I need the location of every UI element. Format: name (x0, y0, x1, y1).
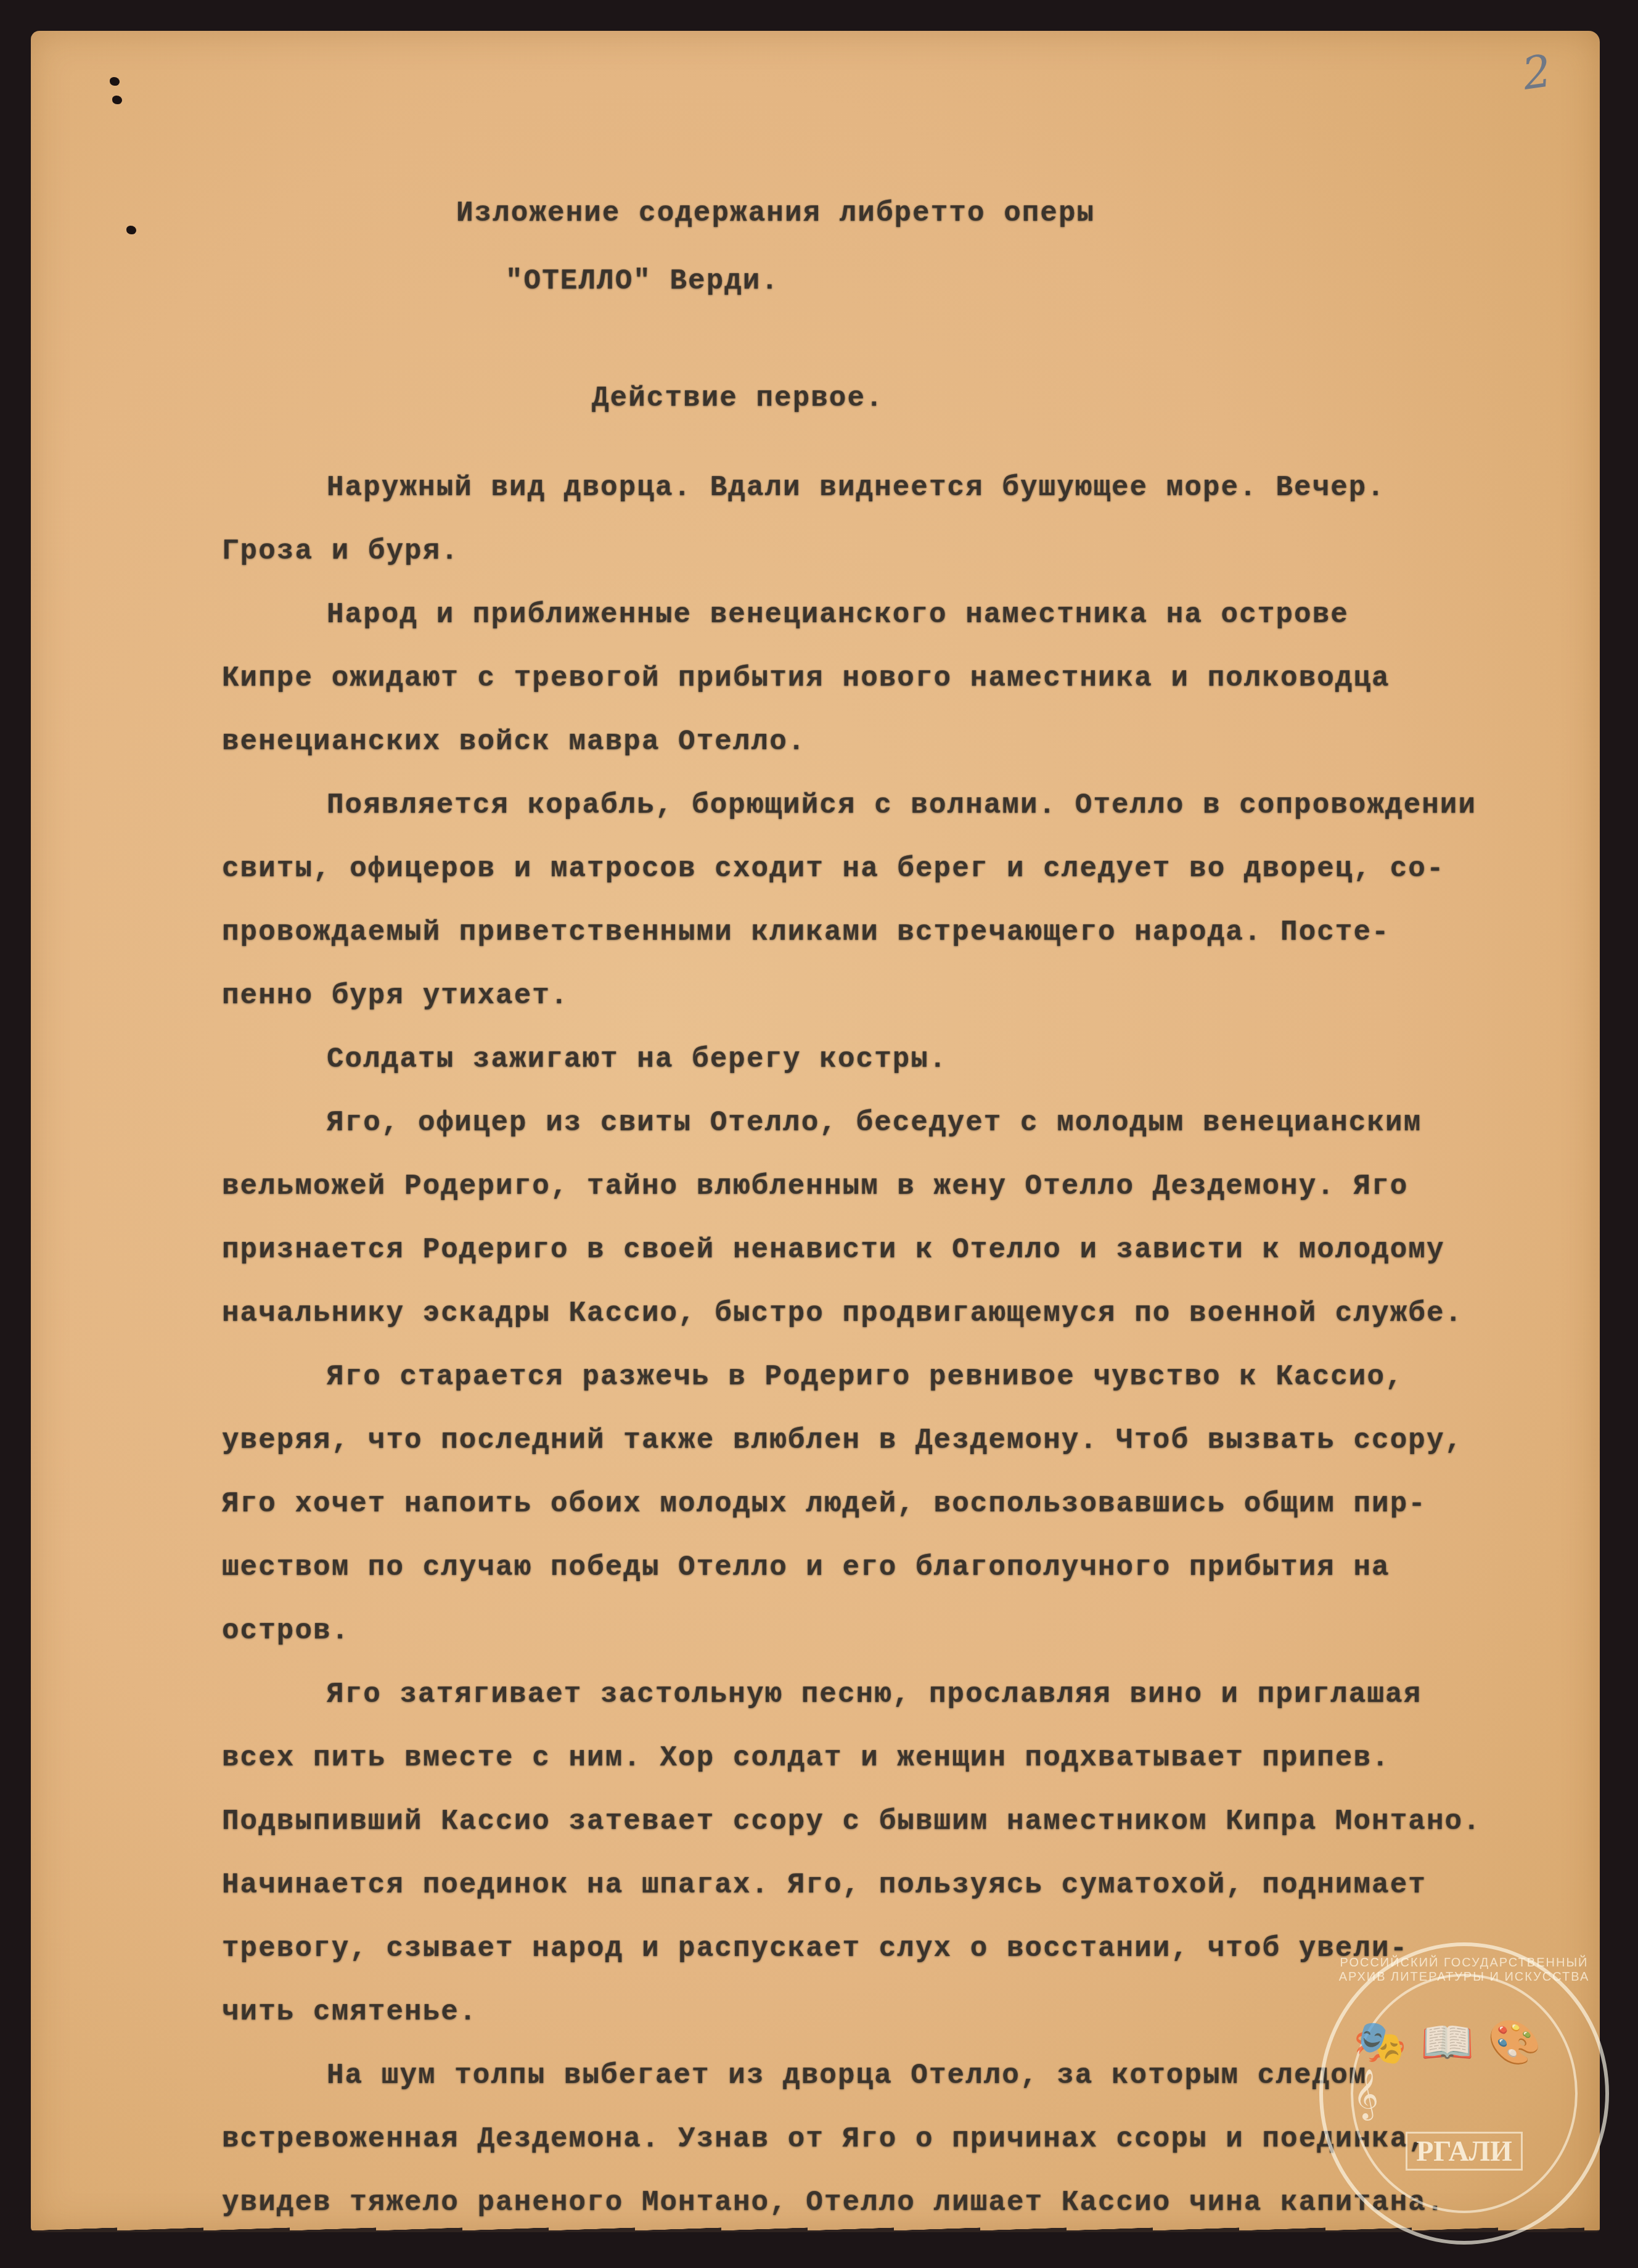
text-line: Наружный вид дворца. Вдали виднеется буш… (222, 456, 1603, 520)
text-line: венецианских войск мавра Отелло. (222, 710, 1603, 774)
text-line: Подвыпивший Кассио затевает ссору с бывш… (222, 1790, 1603, 1854)
binding-hole (126, 226, 136, 234)
text-line: всех пить вместе с ним. Хор солдат и жен… (222, 1727, 1603, 1790)
text-line: Начинается поединок на шпагах. Яго, поль… (222, 1854, 1603, 1917)
text-line: Появляется корабль, борющийся с волнами.… (222, 774, 1603, 837)
stamp-emblem: 🎭 📖 🎨 𝄞 РГАЛИ (1351, 1974, 1578, 2213)
opera-title: "ОТЕЛЛО" Верди. (506, 265, 779, 297)
text-line: Народ и приближенные венецианского намес… (222, 583, 1603, 647)
text-line: Кипре ожидают с тревогой прибытия нового… (222, 647, 1603, 710)
binding-hole (112, 96, 122, 104)
text-line: Яго, офицер из свиты Отелло, беседует с … (222, 1091, 1603, 1155)
stamp-ring-text: РОССИЙСКИЙ ГОСУДАРСТВЕННЫЙ АРХИВ ЛИТЕРАТ… (1323, 1956, 1605, 1984)
text-line: остров. (222, 1600, 1603, 1663)
text-line: свиты, офицеров и матросов сходит на бер… (222, 837, 1603, 901)
binding-hole (110, 77, 120, 86)
text-line: Яго хочет напоить обоих молодых людей, в… (222, 1473, 1603, 1536)
act-heading: Действие первое. (592, 382, 884, 414)
text-line: Гроза и буря. (222, 520, 1603, 583)
text-line: Яго затягивает застольную песню, прослав… (222, 1663, 1603, 1727)
document-title: Изложение содержания либретто оперы (456, 197, 1095, 229)
text-line: Солдаты зажигают на берегу костры. (222, 1028, 1603, 1091)
text-line: начальнику эскадры Кассио, быстро продви… (222, 1282, 1603, 1346)
text-line: уверяя, что последний также влюблен в Де… (222, 1409, 1603, 1473)
text-line: пенно буря утихает. (222, 964, 1603, 1028)
text-line: вельможей Родериго, тайно влюбленным в ж… (222, 1155, 1603, 1218)
text-line: провождаемый приветственными кликами вст… (222, 901, 1603, 964)
text-line: Яго старается разжечь в Родериго ревниво… (222, 1346, 1603, 1409)
stamp-label: РГАЛИ (1406, 2132, 1523, 2171)
theatre-mask-book-palette-icon: 🎭 📖 🎨 𝄞 (1353, 2017, 1575, 2119)
text-line: признается Родериго в своей ненависти к … (222, 1218, 1603, 1282)
archive-watermark-stamp: РОССИЙСКИЙ ГОСУДАРСТВЕННЫЙ АРХИВ ЛИТЕРАТ… (1319, 1942, 1609, 2245)
text-line: шеством по случаю победы Отелло и его бл… (222, 1536, 1603, 1600)
